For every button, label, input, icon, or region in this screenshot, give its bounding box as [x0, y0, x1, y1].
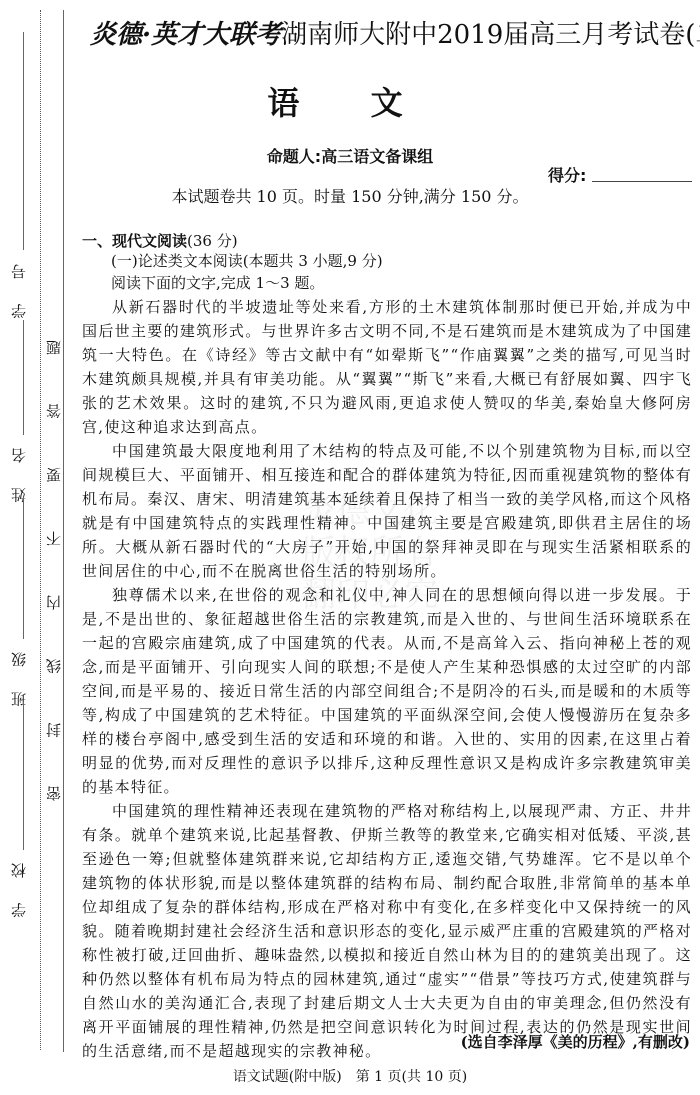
passage-body: 从新石器时代的半坡遗址等处来看,方形的土木建筑体制那时便已开始,并成为中国后世主… [82, 295, 692, 1063]
author-line: 命题人:高三语文备课组 [0, 144, 700, 167]
name-line [23, 320, 24, 435]
class-label: 班 级 [8, 642, 29, 707]
student-id-label: 学 号 [8, 254, 29, 319]
brand-name: 炎德·英才大联考 [90, 20, 281, 50]
subject-title: 语 文 [0, 78, 700, 124]
class-line [23, 702, 24, 850]
school-label: 学 校 [8, 853, 29, 918]
exam-notice: 本试题卷共 10 页。时量 150 分钟,满分 150 分。 [0, 184, 700, 207]
student-id-line [23, 32, 24, 250]
paragraph: 中国建筑的理性精神还表现在建筑物的严格对称结构上,以展现严肃、方正、井井有条。就… [82, 799, 692, 1063]
page-footer: 语文试题(附中版) 第 1 页(共 10 页) [0, 1066, 700, 1086]
name-label: 姓 名 [8, 438, 29, 503]
name-line-lower [23, 497, 24, 639]
section-title: 一、现代文阅读 [82, 232, 187, 250]
exam-header: 炎德·英才大联考湖南师大附中2019届高三月考试卷(二) [90, 14, 700, 51]
score-label: 得分: [548, 163, 586, 186]
seal-notice: 密 封 线 内 不 要 答 题 [43, 318, 64, 801]
paragraph: 中国建筑最大限度地利用了木结构的特点及可能,不以个别建筑物为目标,而以空间规模巨… [82, 439, 692, 583]
section-heading: 一、现代文阅读(36 分) [82, 230, 238, 251]
subsection-heading: (一)论述类文本阅读(本题共 3 小题,9 分) [111, 250, 383, 271]
paragraph: 独尊儒术以来,在世俗的观念和礼仪中,神人同在的思想倾向得以进一步发展。于是,不是… [82, 583, 692, 799]
source-citation: (选自李泽厚《美的历程》,有删改) [461, 1031, 690, 1052]
paragraph: 从新石器时代的半坡遗址等处来看,方形的土木建筑体制那时便已开始,并成为中国后世主… [82, 295, 692, 439]
instruction: 阅读下面的文字,完成 1～3 题。 [111, 272, 324, 293]
section-points: (36 分) [187, 232, 238, 250]
exam-title: 湖南师大附中2019届高三月考试卷(二) [281, 20, 700, 50]
score-blank [592, 181, 692, 182]
